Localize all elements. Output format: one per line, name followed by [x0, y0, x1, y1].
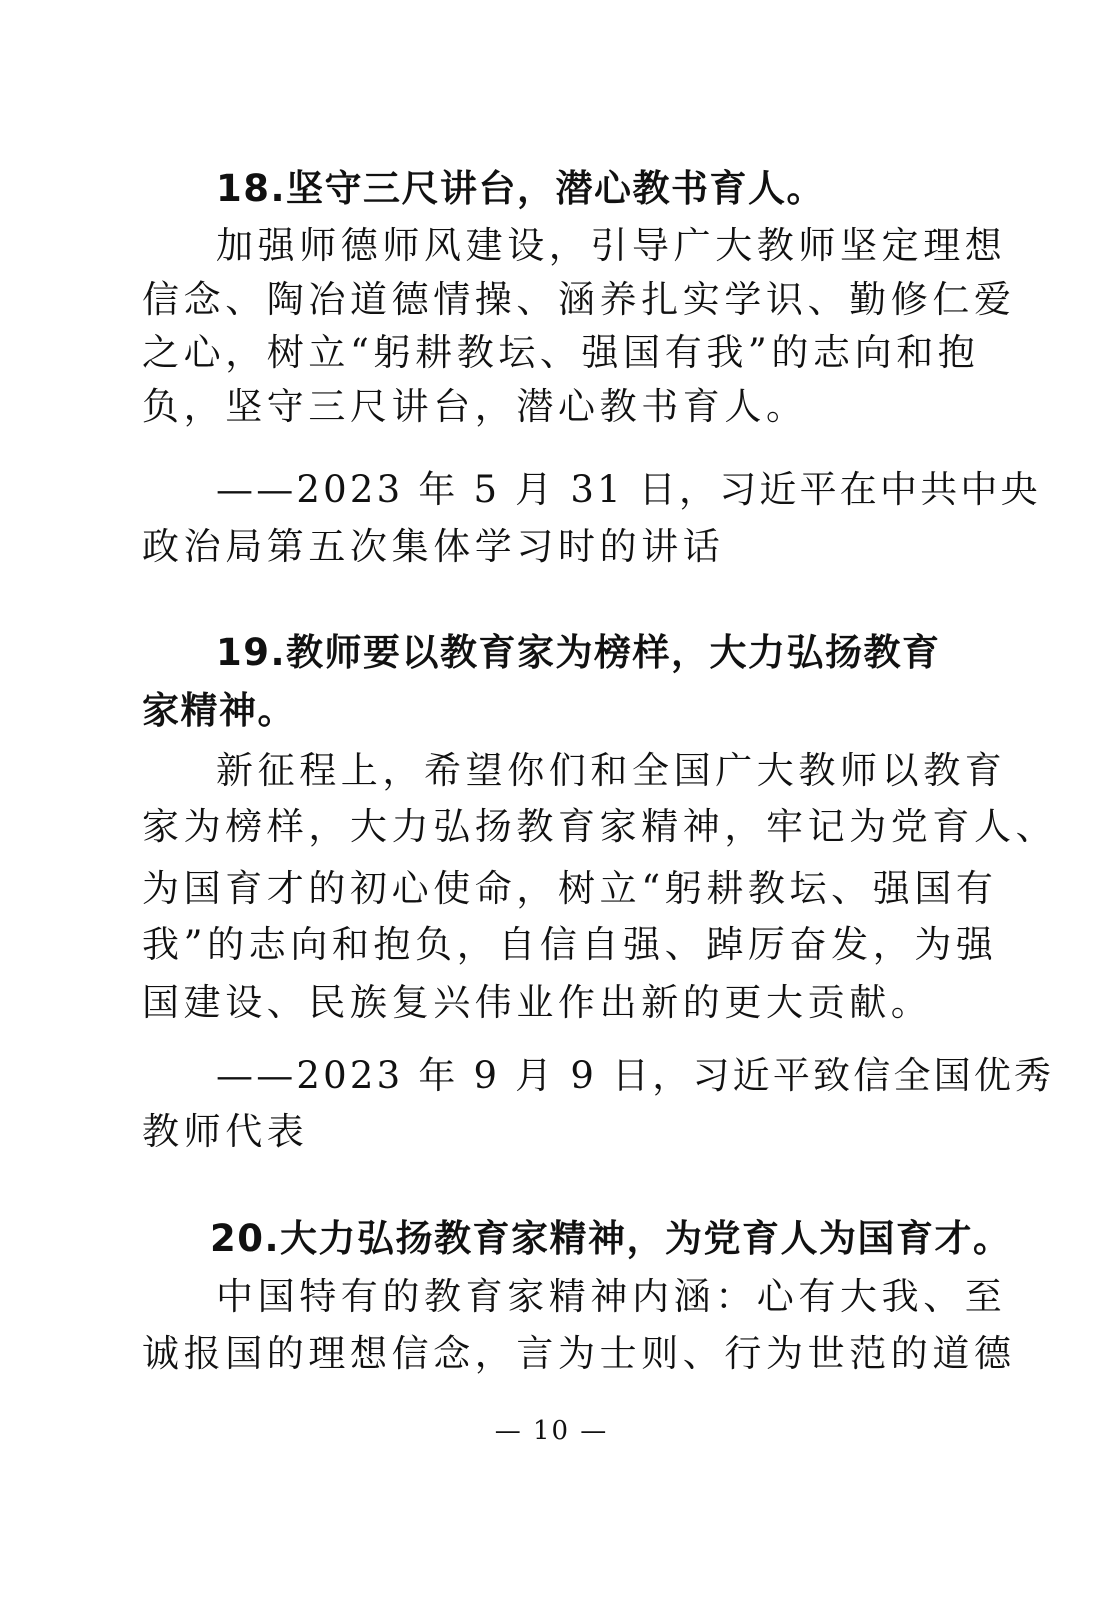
section-19-body-line-2: 家为榜样，大力弘扬教育家精神，牢记为党育人、 — [142, 804, 942, 850]
section-19-citation-line-2: 教师代表 — [142, 1109, 942, 1155]
section-19-body-line-5: 国建设、民族复兴伟业作出新的更大贡献。 — [142, 980, 942, 1026]
section-18-heading: 18.坚守三尺讲台，潜心教书育人。 — [216, 166, 1016, 212]
section-18-body-line-1: 加强师德师风建设，引导广大教师坚定理想 — [216, 223, 1016, 269]
section-19-body-line-4: 我”的志向和抱负，自信自强、踔厉奋发，为强 — [142, 922, 942, 968]
section-19-citation-line-1: ——2023 年 9 月 9 日，习近平致信全国优秀 — [216, 1053, 1016, 1099]
section-18-body-line-2: 信念、陶冶道德情操、涵养扎实学识、勤修仁爱 — [142, 277, 942, 323]
section-19-body-line-1: 新征程上，希望你们和全国广大教师以教育 — [216, 748, 1016, 794]
document-page: 18.坚守三尺讲台，潜心教书育人。 加强师德师风建设，引导广大教师坚定理想 信念… — [0, 0, 1103, 1599]
page-number: — 10 — — [0, 1414, 1103, 1448]
section-18-body-line-3: 之心，树立“躬耕教坛、强国有我”的志向和抱 — [142, 330, 942, 376]
section-18-citation-line-2: 政治局第五次集体学习时的讲话 — [142, 524, 942, 570]
section-19-body-line-3: 为国育才的初心使命，树立“躬耕教坛、强国有 — [142, 866, 942, 912]
section-19-heading-line-2: 家精神。 — [142, 688, 942, 734]
section-18-citation-line-1: ——2023 年 5 月 31 日，习近平在中共中央 — [216, 467, 1016, 513]
section-19-heading-line-1: 19.教师要以教育家为榜样，大力弘扬教育 — [216, 630, 1016, 676]
section-20-body-line-1: 中国特有的教育家精神内涵：心有大我、至 — [216, 1274, 1016, 1320]
section-20-body-line-2: 诚报国的理想信念，言为士则、行为世范的道德 — [142, 1331, 942, 1377]
section-18-body-line-4: 负，坚守三尺讲台，潜心教书育人。 — [142, 384, 942, 430]
section-20-heading: 20.大力弘扬教育家精神，为党育人为国育才。 — [210, 1216, 1010, 1262]
